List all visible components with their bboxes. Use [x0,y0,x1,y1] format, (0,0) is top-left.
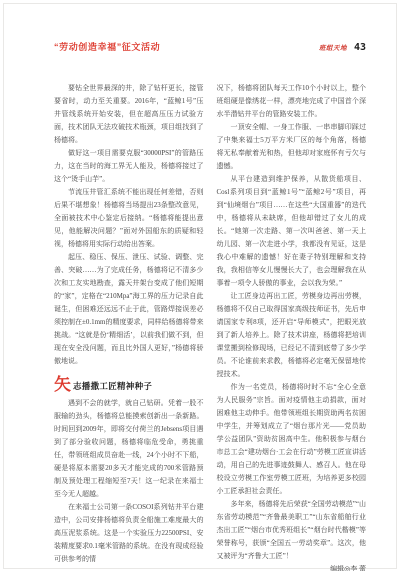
page-header: “劳动创造幸福”征文活动 班组天地 43 [54,40,366,53]
page-number: 43 [354,42,366,53]
heading-text: 志播撒工匠精神种子 [73,381,152,392]
body-paragraph: 作为一名党员，杨德将时时不忘“全心全意为人民服务”宗旨。面对疫情他主动捐款，面对… [217,381,367,498]
article-body: 要钻全世界最深的井，除了钻杆更长，接管要省时，动力至关重要。2016年，“蓝鲸1… [54,82,366,535]
heading-drop-cap: 矢 [54,377,71,392]
body-paragraph: 多年来，杨德将先后荣获“全国劳动模范”“山东省劳动模范”“齐鲁最美职工”“山东省… [217,498,367,563]
body-paragraph: 做好这一项目需要克服“30000PSI”的管路压力，这在当时的海工界无人能及，杨… [54,147,204,186]
body-paragraph: 况下，杨德将团队每天工作10个小时以上，整个班组硬是像绣花一样，漂亮地完成了中国… [217,82,367,121]
body-paragraph: 起压、稳压、保压、泄压、试验、调整、完善、突破……为了完成任务，杨德将记不清多少… [54,251,204,368]
body-paragraph: 在来福士公司第一条COSOI系列钻井平台建造中，公司安排杨德将负责全船施工难度最… [54,501,204,566]
right-column: 况下，杨德将团队每天工作10个小时以上，整个班组硬是像绣花一样，漂亮地完成了中国… [217,82,367,535]
left-column-bottom: 遇到不会的就学，就自己钻研。凭着一股不服输的劲头，杨德将总能摸索创新出一条新路。… [54,397,204,566]
body-paragraph: 遇到不会的就学，就自己钻研。凭着一股不服输的劲头，杨德将总能摸索创新出一条新路。… [54,397,204,501]
section-heading: 矢 志播撒工匠精神种子 [54,377,204,392]
editor-byline: 编辑◎李 蕾 [217,563,367,571]
body-paragraph: 从平台建造到维护保养，从散货船项目、Cosl系列项目到“蓝鲸1号”“蓝鲸2号”项… [217,173,367,290]
left-column: 要钻全世界最深的井，除了钻杆更长，接管要省时，动力至关重要。2016年，“蓝鲸1… [54,82,204,535]
left-column-top: 要钻全世界最深的井，除了钻杆更长，接管要省时，动力至关重要。2016年，“蓝鲸1… [54,82,204,368]
magazine-logo: 班组天地 [319,43,347,52]
magazine-page: “劳动创造幸福”征文活动 班组天地 43 要钻全世界最深的井，除了钻杆更长，接管… [0,0,400,571]
body-paragraph: 节流压井管汇系统不能出现任何差错，否则后果不堪想象！杨德将当场提出23条整改意见… [54,186,204,251]
header-right: 班组天地 43 [319,42,366,53]
body-paragraph: 一顶安全帽、一身工作服、一串串脚印踩过了中集来福士5万平方米厂区的每个角落，杨德… [217,121,367,173]
activity-title: “劳动创造幸福”征文活动 [54,40,160,53]
body-paragraph: 要钻全世界最深的井，除了钻杆更长，接管要省时，动力至关重要。2016年，“蓝鲸1… [54,82,204,147]
right-column-text: 况下，杨德将团队每天工作10个小时以上，整个班组硬是像绣花一样，漂亮地完成了中国… [217,82,367,563]
body-paragraph: 让工匠身边再出工匠，劳模身边再出劳模，杨德将不仅自己取得国家高级技师证书，先后申… [217,290,367,381]
